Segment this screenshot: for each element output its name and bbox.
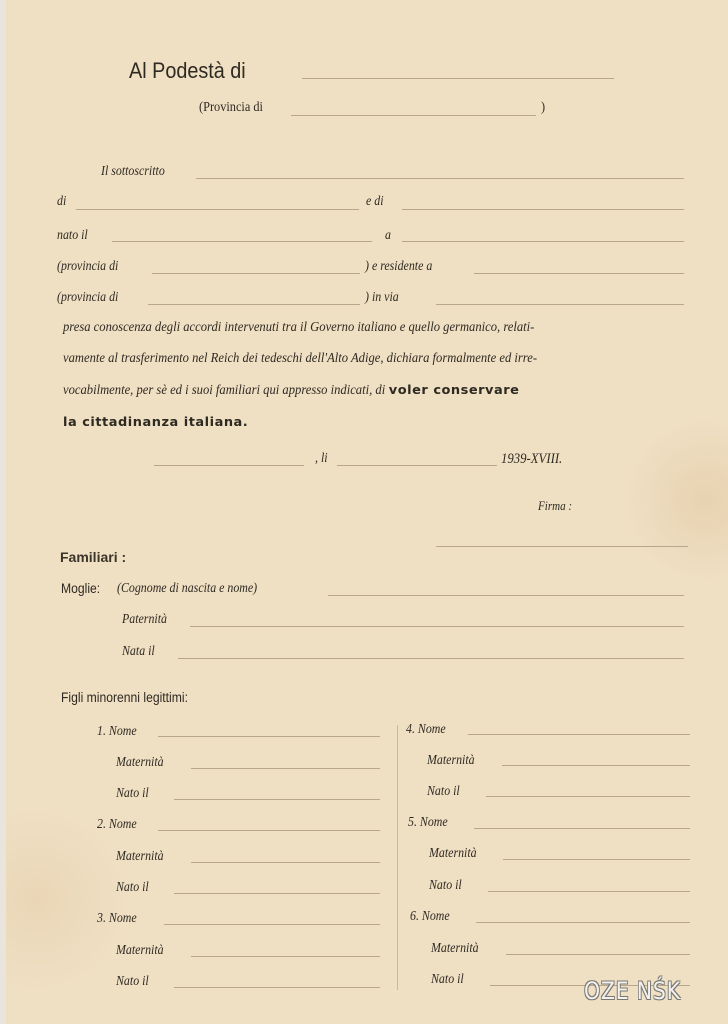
declaration-line-3: vocabilmente, per sè ed i suoi familiari… [63,374,684,406]
provincia-1-field[interactable] [152,273,360,274]
child-5-nato-field[interactable] [488,891,690,892]
child-4-maternita-field[interactable] [502,765,690,766]
sottoscritto-label: Il sottoscritto [101,164,165,180]
firma-field[interactable] [436,546,688,547]
declaration-bold-1: voler conservare [388,374,519,405]
e-di-label: e di [366,194,384,210]
child-num: 5. [408,815,417,830]
child-maternita-label: Maternità [429,846,477,862]
child-num: 6. [410,909,419,924]
provincia-label: (Provincia di [199,100,263,116]
child-1-nome-field[interactable] [158,736,380,737]
li-label: , li [315,451,328,467]
child-nato-label: Nato il [116,786,149,802]
provincia-close: ) [541,100,545,116]
child-nome-label: Nome [109,911,137,926]
declaration-bold-2: la cittadinanza italiana. [63,406,248,437]
provincia-field[interactable] [291,115,536,116]
child-nato-label: Nato il [429,878,462,894]
di-label: di [57,194,66,210]
child-nato-label: Nato il [116,880,149,896]
child-maternita-label: Maternità [116,849,164,865]
sottoscritto-field[interactable] [196,178,684,179]
child-5-maternita-field[interactable] [503,859,690,860]
paternita-field[interactable] [190,626,684,627]
child-maternita-label: Maternità [116,943,164,959]
child-num: 4. [406,722,415,737]
child-nome-label: Nome [418,722,446,737]
column-divider [397,725,398,990]
paternita-label: Paternità [122,612,167,628]
child-5-nome-field[interactable] [474,828,690,829]
child-nome-label: Nome [420,815,448,830]
in-via-field[interactable] [436,304,684,305]
provincia-1-label: (provincia di [57,259,118,275]
figli-heading: Figli minorenni legittimi: [61,690,188,705]
child-4-nato-field[interactable] [486,796,690,797]
child-4-nome-field[interactable] [468,734,690,735]
place-field[interactable] [154,465,304,466]
child-1-nato-field[interactable] [174,799,380,800]
nato-il-label: nato il [57,228,88,244]
provincia-2-label: (provincia di [57,290,118,306]
residente-field[interactable] [474,273,684,274]
residente-label: ) e residente a [365,259,432,275]
child-2-nato-field[interactable] [174,893,380,894]
child-6-nome-field[interactable] [476,922,690,923]
firma-label: Firma : [538,498,572,514]
a-label: a [385,228,391,244]
year-label: 1939-XVIII. [501,451,562,468]
moglie-label: Moglie: [61,581,100,596]
child-nome-label: Nome [109,724,137,739]
provincia-2-field[interactable] [148,304,360,305]
child-num: 3. [97,911,106,926]
di-field[interactable] [76,209,359,210]
page-title: Al Podestà di [129,58,246,84]
declaration-line-2: vamente al trasferimento nel Reich dei t… [63,343,684,374]
podesta-field[interactable] [302,78,614,79]
child-nato-label: Nato il [116,974,149,990]
child-6-maternita-field[interactable] [506,954,690,955]
moglie-hint: (Cognome di nascita e nome) [117,581,257,597]
child-1-maternita-field[interactable] [191,768,380,769]
familiari-heading: Familiari : [60,549,126,565]
nato-il-field[interactable] [112,241,372,242]
nata-il-label: Nata il [122,644,155,660]
e-di-field[interactable] [402,209,684,210]
child-3-maternita-field[interactable] [191,956,380,957]
child-3-nato-field[interactable] [174,987,380,988]
child-num: 2. [97,817,106,832]
child-3-nome-field[interactable] [164,924,380,925]
moglie-field[interactable] [328,595,684,596]
child-maternita-label: Maternità [427,753,475,769]
archive-watermark: OZE NŚK [584,977,681,1005]
child-2-maternita-field[interactable] [191,862,380,863]
child-nome-label: Nome [109,817,137,832]
child-num: 1. [97,724,106,739]
date-field[interactable] [337,465,497,466]
child-maternita-label: Maternità [116,755,164,771]
child-2-nome-field[interactable] [158,830,380,831]
document-page: Al Podestà di (Provincia di ) Il sottosc… [6,0,728,1024]
child-nome-label: Nome [422,909,450,924]
child-nato-label: Nato il [427,784,460,800]
declaration-line-1: presa conoscenza degli accordi intervenu… [63,312,684,343]
nata-il-field[interactable] [178,658,684,659]
child-maternita-label: Maternità [431,941,479,957]
child-nato-label: Nato il [431,972,464,988]
in-via-label: ) in via [365,290,399,306]
declaration-text: presa conoscenza degli accordi intervenu… [63,312,684,438]
a-field[interactable] [402,241,684,242]
declaration-line-3-text: vocabilmente, per sè ed i suoi familiari… [63,383,385,398]
